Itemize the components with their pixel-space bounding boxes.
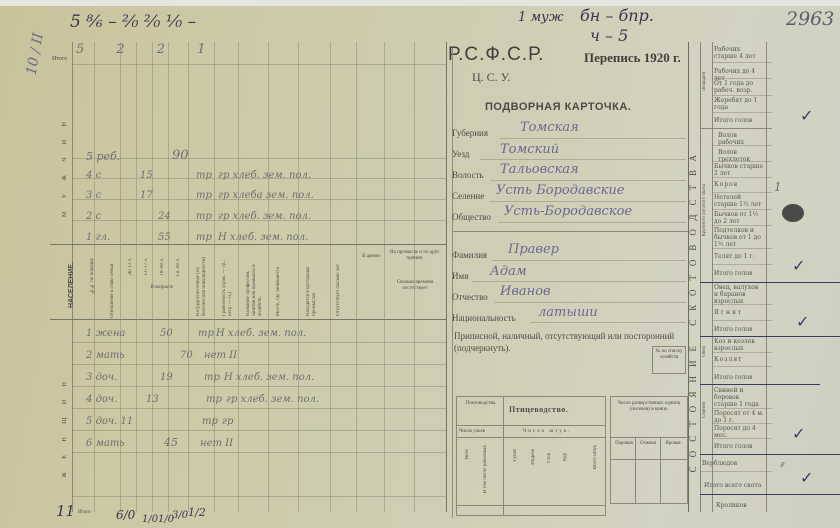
census-title: Перепись 1920 г. (584, 50, 681, 66)
row-literacy: тр (196, 211, 212, 222)
livestock-title: СОСТОЯНИЕ СКОТОВОДСТВА (688, 146, 698, 472)
row-literacy: тр (196, 170, 212, 181)
row-age: 55 (158, 232, 171, 243)
agency-title: Ц. С. У. (472, 70, 510, 85)
table-row: 3 с (86, 190, 101, 201)
livestock-row: Поросят от 4 м. до 1 г. (714, 410, 764, 424)
livestock-row: Бычков старше 2 лет (714, 163, 764, 177)
status-note: Приписной, наличный, отсутствующий или п… (454, 330, 684, 354)
col-literacy: Грамотность (грам. — гр.; негр. — н.) (222, 254, 234, 316)
row-age: 19 (160, 372, 173, 383)
row-occupation: гр хлеб. зем. пол. (218, 170, 311, 181)
row-no: 1 (86, 328, 92, 339)
table-row: 4 с (86, 170, 101, 181)
table-row: 6 мать (86, 438, 125, 449)
col-army: В армии (358, 254, 384, 260)
col-13-17: 13–17 л. (144, 258, 150, 276)
row-age: 45 (164, 436, 178, 449)
col-disabled: Нетрудоспособные (по болезни или инвалид… (196, 254, 210, 316)
table-row: 1 жена (86, 328, 125, 339)
col-over-60: Св. 60 л. (176, 258, 182, 276)
row-occupation: Н хлеб. зем. пол. (224, 372, 314, 383)
col-chickens: Кур (563, 453, 569, 461)
livestock-row: Поросят до 4 мес. (714, 425, 764, 439)
row-literacy: тр (202, 416, 218, 427)
livestock-row: Волов рабочих (718, 132, 764, 146)
tally-fraction: 1/0 (142, 514, 158, 525)
row-occupation: гр хлеба зем. пол. (218, 190, 314, 201)
row-relation: доч. (96, 394, 118, 405)
livestock-row: Коров (714, 181, 764, 188)
row-no: 5 (86, 416, 92, 427)
field-label: Губерния (452, 128, 488, 138)
surname-value: Правер (508, 242, 559, 257)
col-geese: Гусей (513, 449, 519, 461)
row-age: 24 (158, 211, 171, 222)
sowing-header: Число разверстанных единиц (посевов) в к… (613, 401, 685, 413)
poultry-count-label: Число штук. (523, 429, 572, 435)
col-absent-years: Отсутствует сколько лет (336, 254, 352, 316)
itogo-label-bottom: Итого (78, 510, 91, 516)
livestock-row: Подтелков и бычков от 1 до 1½ лет (714, 227, 764, 248)
livestock-row: Телят до 1 г. (714, 253, 764, 260)
selenie-value: Усть Бородавские (496, 183, 624, 198)
row-literacy: тр (206, 394, 222, 405)
table-row: 5 доч. 11 (86, 416, 133, 427)
row-literacy: тр (198, 328, 214, 339)
col-18-60: 18–60 л. (160, 258, 166, 276)
check-mark-icon: ✓ (792, 256, 805, 275)
obshchestvo-value: Усть-Бородавское (504, 204, 632, 219)
margin-annotation: 10 / II (24, 32, 47, 77)
row-relation: с (96, 170, 102, 181)
beekeeping-header: Пчеловодство. (459, 401, 503, 407)
population-header: НАСЕЛЕНИЕ. (68, 262, 75, 308)
row-occupation: нет II (200, 438, 233, 449)
livestock-row: Итого голов (714, 326, 764, 333)
tally-fraction: 1/2 (188, 506, 206, 519)
row-literacy: тр (204, 372, 220, 383)
group-horses: Лошадей (702, 72, 708, 91)
col-occupation: Название профессии, занятия или промысла… (246, 254, 264, 316)
nationality-value: латыши (538, 305, 598, 320)
farm-number-box: № по списку хозяйств (652, 346, 686, 374)
col-winter: Озимая (637, 441, 659, 447)
male-section-label: М У Ж Ч И Н (62, 116, 69, 217)
livestock-row: Бычков от 1½ до 2 лет (714, 211, 764, 225)
female-section-label: Ж Е Н Щ И Н (62, 376, 69, 478)
livestock-row: Жеребят до 1 года (714, 97, 764, 111)
row-relation: доч. (96, 372, 118, 383)
row-age: 17 (140, 190, 153, 201)
group-pigs: Свиней (702, 402, 708, 418)
cows-count: 1 (774, 180, 782, 194)
row-occupation: Н хлеб. зем. пол. (216, 328, 306, 339)
top-left-annotation: 5 ⁸⁄₆ – ²⁄₀ ²⁄₀ ¹⁄₀ – (70, 12, 196, 32)
livestock-row: Итого голов (714, 443, 764, 450)
guberniya-value: Томская (520, 120, 579, 135)
row-no: 6 (86, 438, 92, 449)
uezd-value: Томский (500, 142, 559, 157)
ink-blot (782, 204, 804, 222)
table-row: 1 гл. (86, 232, 110, 243)
col-total-birds: Всего штук (593, 445, 599, 469)
row-literacy: тр (196, 232, 212, 243)
row-no: 2 (86, 350, 92, 361)
field-label: Фамилия (452, 250, 487, 260)
form-title: ПОДВОРНАЯ КАРТОЧКА. (485, 101, 631, 113)
row-age: 50 (160, 328, 173, 339)
col-all-hives: Всех (465, 449, 471, 459)
row-no: 3 (86, 372, 92, 383)
row-relation: мать (96, 350, 125, 361)
top-tally: 5 2 2 1 (76, 42, 219, 57)
field-label: Общество (452, 212, 491, 222)
row-occupation: гр (222, 416, 233, 427)
group-cattle: Крупного рогатого скота (702, 184, 708, 237)
table-row: 3 доч. (86, 372, 117, 383)
livestock-row: Овец, валухов и баранов взрослых (714, 284, 764, 305)
census-card: 5 ⁸⁄₆ – ²⁄₀ ²⁄₀ ¹⁄₀ – 10 / II 1 муж бн –… (0, 6, 840, 528)
col-under-13: До 13 л. (128, 258, 134, 275)
tally-fraction: 6/0 (116, 508, 135, 522)
livestock-row: Коз и козлов взрослых (714, 338, 764, 352)
field-label: Отчество (452, 292, 488, 302)
field-label: Уезд (452, 149, 469, 159)
table-row: 2 с (86, 211, 101, 222)
check-mark-icon: ✓ (796, 312, 809, 331)
bottom-count: 11 (56, 502, 75, 520)
fraction-bottom: ч – 5 (590, 26, 628, 45)
livestock-row: Итого голов (714, 270, 764, 277)
check-mark-icon: ✓ (800, 468, 813, 487)
check-mark-icon: ✓ (792, 424, 805, 443)
row-age: 13 (146, 394, 159, 405)
tally-fraction: 3/0 (172, 510, 188, 521)
row-age: 90 (172, 148, 189, 163)
row-relation: реб. (97, 150, 121, 163)
livestock-row: От 1 года до рабоч. возр. (714, 80, 764, 94)
livestock-row: Итого голов (714, 374, 764, 381)
livestock-row: Верблюдов (702, 460, 762, 467)
field-label: Имя (452, 271, 468, 281)
fraction-top: бн – бпр. (580, 6, 654, 25)
itogo-label-top: Итого (52, 56, 67, 63)
row-occupation: гр хлеб. зем. пол. (226, 394, 319, 405)
row-age: 70 (180, 350, 193, 361)
livestock-row: Кроликов (716, 502, 766, 509)
livestock-row: Козлят (714, 356, 764, 363)
livestock-row: Итого голов (714, 117, 764, 124)
row-occupation: гр хлеб. зем. пол. (218, 211, 311, 222)
row-relation: мать (96, 438, 125, 449)
col-absent-time: Сколько времени отсутствует (386, 280, 444, 292)
livestock-row: Итого всего скота (704, 482, 770, 489)
livestock-row: Нетелей старше 1½ лет (714, 194, 764, 208)
row-relation: с (96, 211, 102, 222)
group-sheep: Овец (702, 346, 708, 357)
col-age-group: В возрасте (136, 285, 188, 291)
check-mark-icon: ✓ (800, 106, 813, 125)
center-annotation: 1 муж (518, 10, 564, 25)
table-row: 2 мать (86, 350, 125, 361)
col-fallow: Паровая (613, 441, 635, 447)
col-spring: Яровая (661, 441, 685, 447)
row-relation: жена (96, 328, 126, 339)
field-label: Селение (452, 191, 484, 201)
row-relation: доч. 11 (96, 416, 134, 427)
row-literacy: тр (196, 190, 212, 201)
table-row: 5 реб. (86, 150, 120, 163)
first-name-value: Адам (490, 264, 527, 279)
row-no: 5 (86, 150, 93, 163)
row-relation: с (96, 190, 102, 201)
row-age: 15 (140, 170, 153, 181)
livestock-row: Рабочих старше 4 лет (714, 46, 764, 60)
table-row: 4 доч. (86, 394, 117, 405)
republic-title: Р.С.Ф.С.Р. (448, 44, 544, 66)
livestock-row: Свиней и боровов старше 1 года (714, 387, 764, 408)
livestock-row: Ягнят (714, 309, 764, 316)
field-label: Национальность (452, 313, 516, 323)
col-number: №№ по порядку (90, 258, 96, 293)
camels-mark: г (780, 460, 785, 470)
col-frame-hives: В том числе рамочных (483, 445, 489, 493)
row-no: 4 (86, 394, 92, 405)
row-no: 2 (86, 211, 92, 222)
archive-number: 2963 (786, 8, 834, 30)
col-relation: Отношение к главе семьи (110, 258, 120, 318)
row-occupation: Н хлеб. зем. пол. (218, 232, 308, 243)
sowing-table: Число разверстанных единиц (посевов) в к… (610, 396, 688, 504)
col-turkeys: Индеек (531, 449, 537, 465)
row-no: 3 (86, 190, 92, 201)
col-place: Место, где занимаются (276, 254, 294, 316)
volost-value: Тальовская (500, 162, 579, 177)
poultry-table: Пчеловодство. Птицеводство. Число ульев … (456, 396, 606, 516)
row-no: 4 (86, 170, 92, 181)
hives-count-label: Число ульев (459, 429, 485, 435)
col-ducks: Уток (547, 453, 553, 464)
row-occupation: нет II (204, 350, 237, 361)
col-craft: Находятся в кустарных промыслах (306, 254, 326, 316)
row-no: 1 (86, 232, 92, 243)
col-other-reasons: На промысле и по друг. причин. (388, 250, 442, 262)
row-relation: гл. (96, 232, 111, 243)
field-label: Волость (452, 170, 484, 180)
poultry-header: Птицеводство. (509, 405, 568, 414)
patronymic-value: Иванов (500, 284, 551, 299)
